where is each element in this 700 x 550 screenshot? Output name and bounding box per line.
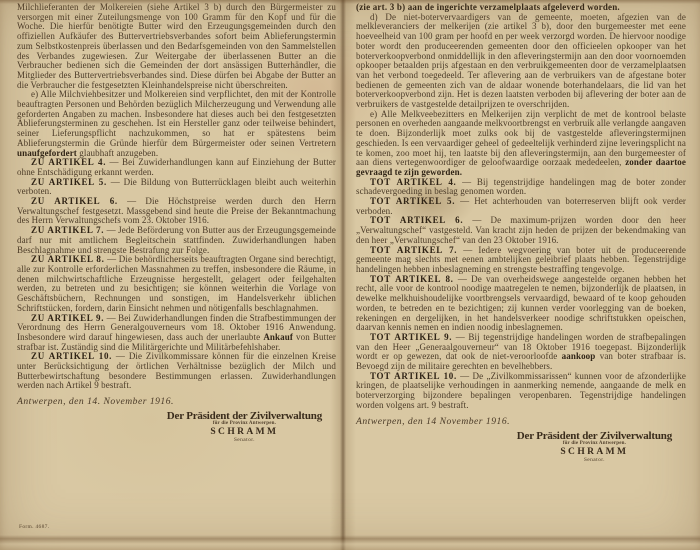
- paragraph: ZU ARTIKEL 7. — Jede Beförderung von But…: [17, 226, 336, 255]
- article-heading: TOT ARTIKEL 4.: [370, 177, 457, 187]
- text-segment: e) Alle Milchviehbesitzer und Molkereien…: [17, 89, 336, 148]
- article-heading: TOT ARTIKEL 5.: [370, 196, 455, 206]
- article-heading: ZU ARTIKEL 4.: [31, 157, 106, 167]
- paragraph: TOT ARTIKEL 8. — De van overheidswege aa…: [356, 275, 686, 333]
- text-segment: Ankauf: [263, 332, 293, 342]
- body-text-german: Milchlieferanten der Molkereien (siehe A…: [17, 3, 336, 391]
- form-number: Form. 4687.: [19, 524, 49, 530]
- paragraph: d) De niet-botervervaardigers van de gem…: [356, 13, 686, 110]
- paragraph: TOT ARTIKEL 5. — Het achterhouden van bo…: [356, 197, 686, 216]
- dateline: Antwerpen, den 14. November 1916.: [17, 396, 336, 407]
- article-heading: ZU ARTIKEL 7.: [31, 225, 104, 235]
- paragraph: TOT ARTIKEL 6. — De maximum-prijzen word…: [356, 216, 686, 245]
- paragraph: ZU ARTIKEL 8. — Die behördlicherseits be…: [17, 255, 336, 313]
- text-segment: aankoop: [562, 351, 596, 361]
- article-heading: TOT ARTIKEL 9.: [370, 332, 452, 342]
- paragraph: Milchlieferanten der Molkereien (siehe A…: [17, 3, 336, 90]
- text-segment: d) De niet-botervervaardigers van de gem…: [356, 12, 686, 109]
- paragraph: ZU ARTIKEL 10. — Die Zivilkommissare kön…: [17, 352, 336, 391]
- article-heading: TOT ARTIKEL 7.: [370, 245, 457, 255]
- article-heading: ZU ARTIKEL 8.: [31, 254, 105, 264]
- paragraph: TOT ARTIKEL 4. — Bij tegenstrijdige hand…: [356, 178, 686, 197]
- article-heading: TOT ARTIKEL 10.: [370, 371, 457, 381]
- document-page: Milchlieferanten der Molkereien (siehe A…: [0, 0, 700, 550]
- right-column-dutch: (zie art. 3 b) aan de ingerichte verzame…: [356, 3, 686, 463]
- signature-name: SCHRAMM: [167, 427, 322, 437]
- text-segment: — Die behördlicherseits beauftragten Org…: [17, 254, 336, 313]
- article-heading: ZU ARTIKEL 9.: [31, 313, 104, 323]
- signature-block: Der Präsident der Zivilverwaltung für di…: [167, 410, 322, 443]
- paragraph: e) Alle Melkveebezitters en Melkerijen z…: [356, 110, 686, 178]
- paragraph: e) Alle Milchviehbesitzer und Molkereien…: [17, 90, 336, 158]
- paragraph: ZU ARTIKEL 5. — Die Bildung von Butterrü…: [17, 178, 336, 197]
- text-segment: Milchlieferanten der Molkereien (siehe A…: [17, 2, 336, 90]
- paragraph: ZU ARTIKEL 9. — Bei Zuwiderhandlungen fi…: [17, 314, 336, 353]
- bottom-fold-crease: [0, 535, 700, 550]
- text-segment: unaufgefordert: [17, 148, 77, 158]
- signature-title: Der Präsident der Zivilverwaltung: [517, 430, 672, 442]
- text-segment: glaubhaft anzugeben.: [77, 148, 158, 158]
- article-heading: TOT ARTIKEL 6.: [370, 215, 463, 225]
- article-heading: ZU ARTIKEL 10.: [31, 351, 112, 361]
- article-heading: ZU ARTIKEL 6.: [31, 196, 118, 206]
- signature-rank: Senator.: [167, 437, 322, 443]
- dateline: Antwerpen, den 14 November 1916.: [356, 416, 686, 427]
- text-segment: (zie art. 3 b) aan de ingerichte verzame…: [356, 2, 620, 12]
- signature-rank: Senator.: [517, 457, 672, 463]
- signature-block: Der Präsident der Zivilverwaltung für di…: [517, 430, 672, 463]
- body-text-dutch: (zie art. 3 b) aan de ingerichte verzame…: [356, 3, 686, 411]
- paragraph: ZU ARTIKEL 6. — Die Höchstpreise werden …: [17, 197, 336, 226]
- signature-name: SCHRAMM: [517, 447, 672, 457]
- paragraph: TOT ARTIKEL 10. — De „Zivilkommissarisse…: [356, 372, 686, 411]
- paragraph: ZU ARTIKEL 4. — Bei Zuwiderhandlungen ka…: [17, 158, 336, 177]
- left-column-german: Milchlieferanten der Molkereien (siehe A…: [17, 3, 336, 443]
- paragraph: TOT ARTIKEL 7. — Iedere wegvoering van b…: [356, 246, 686, 275]
- article-heading: ZU ARTIKEL 5.: [31, 177, 107, 187]
- text-segment: — De van overheidswege aangestelde organ…: [356, 274, 686, 333]
- article-heading: TOT ARTIKEL 8.: [370, 274, 454, 284]
- paragraph: TOT ARTIKEL 9. — Bij tegenstrijdige hand…: [356, 333, 686, 372]
